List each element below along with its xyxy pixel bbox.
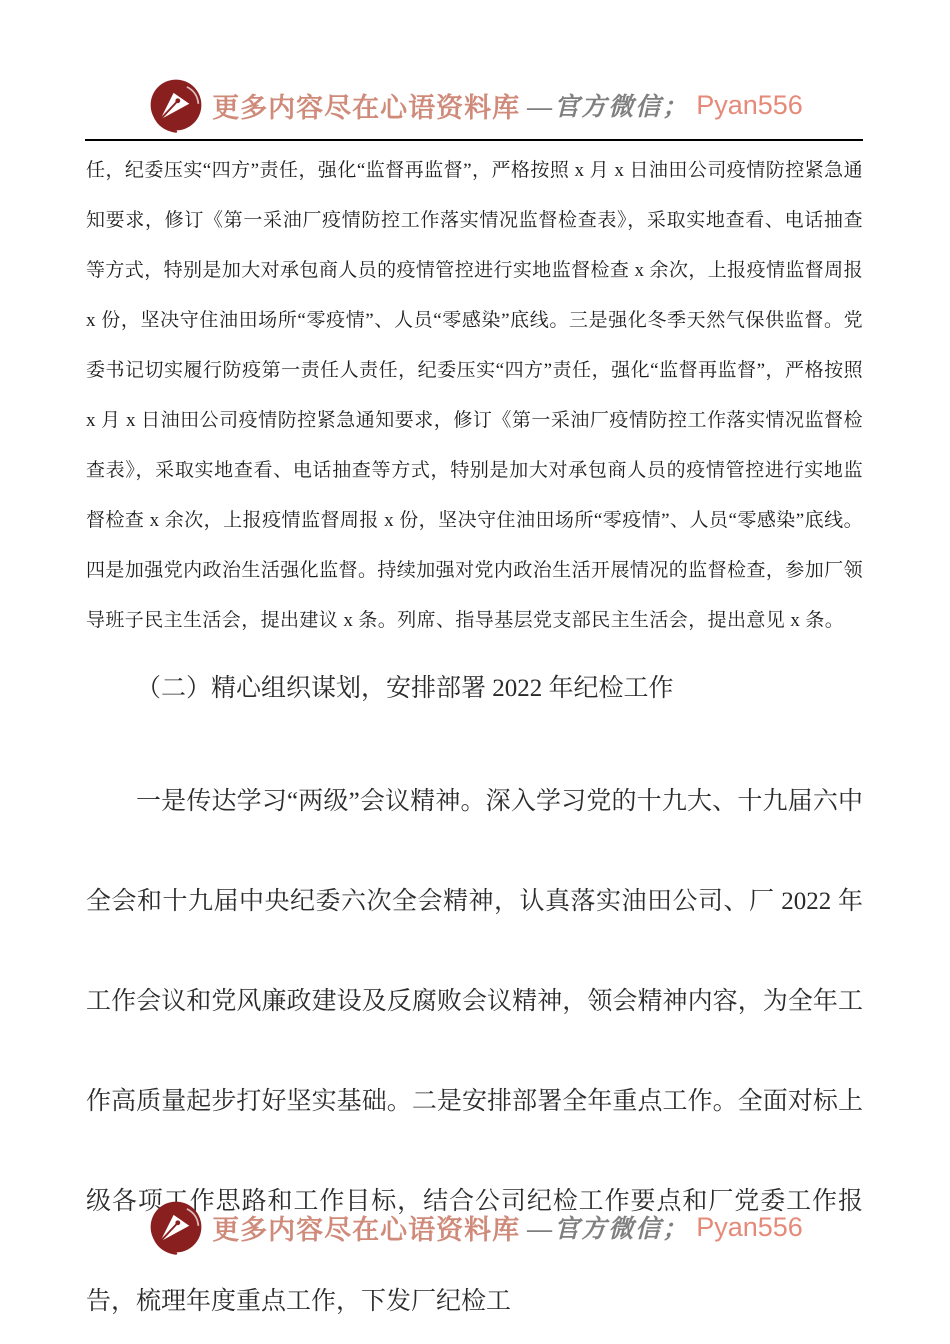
- watermark-header: 更多内容尽在心语资料库—官方微信；Pyan556: [0, 74, 950, 136]
- watermark-footer: 更多内容尽在心语资料库—官方微信；Pyan556: [0, 1196, 950, 1258]
- watermark-brand-text: 更多内容尽在心语资料库: [212, 1208, 520, 1247]
- watermark-brand-text: 更多内容尽在心语资料库: [212, 86, 520, 125]
- watermark-dash-text: —官方微信；: [527, 1209, 689, 1245]
- pen-nib-logo-icon: [147, 74, 205, 136]
- watermark-wechat-id: Pyan556: [696, 90, 803, 121]
- watermark-dash-text: —官方微信；: [527, 87, 689, 123]
- watermark-wechat-id: Pyan556: [696, 1212, 803, 1243]
- header-rule: [85, 139, 863, 141]
- document-page: 更多内容尽在心语资料库—官方微信；Pyan556 任，纪委压实“四方”责任，强化…: [0, 0, 950, 1344]
- paragraph-inspection-supervision: 任，纪委压实“四方”责任，强化“监督再监督”，严格按照 x 月 x 日油田公司疫…: [86, 146, 863, 646]
- document-body: 任，纪委压实“四方”责任，强化“监督再监督”，严格按照 x 月 x 日油田公司疫…: [86, 146, 863, 1344]
- pen-nib-logo-icon: [147, 1196, 205, 1258]
- section-heading: （二）精心组织谋划，安排部署 2022 年纪检工作: [86, 668, 863, 710]
